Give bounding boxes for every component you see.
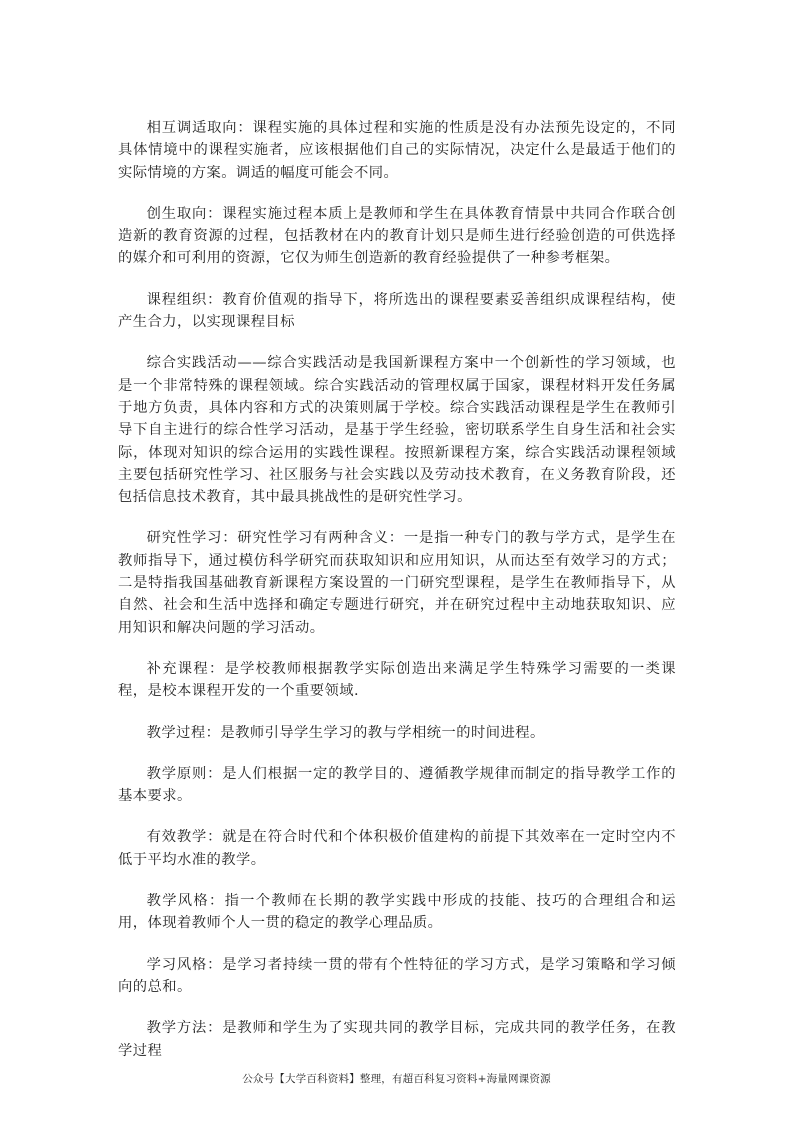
paragraph-teaching-process: 教学过程：是教师引导学生学习的教与学相统一的时间进程。 (118, 722, 676, 744)
paragraph-teaching-style: 教学风格：指一个教师在长期的教学实践中形成的技能、技巧的合理组合和运用，体现着教… (118, 890, 676, 935)
paragraph-teaching-methods: 教学方法：是教师和学生为了实现共同的教学目标，完成共同的教学任务，在教学过程 (118, 1017, 676, 1062)
paragraph-mutual-adaptation: 相互调适取向：课程实施的具体过程和实施的性质是没有办法预先设定的，不同具体情境中… (118, 117, 676, 184)
document-body: 相互调适取向：课程实施的具体过程和实施的性质是没有办法预先设定的，不同具体情境中… (118, 117, 676, 1081)
paragraph-effective-teaching: 有效教学：就是在符合时代和个体积极价值建构的前提下其效率在一定时空内不低于平均水… (118, 826, 676, 871)
paragraph-comprehensive-practice: 综合实践活动——综合实践活动是我国新课程方案中一个创新性的学习领域，也是一个非常… (118, 352, 676, 508)
page-footer: 公众号【大学百科资料】整理，有超百科复习资料+海量网课资源 (0, 1071, 793, 1086)
paragraph-teaching-principles: 教学原则：是人们根据一定的教学目的、遵循教学规律而制定的指导教学工作的基本要求。 (118, 763, 676, 808)
paragraph-research-learning: 研究性学习：研究性学习有两种含义：一是指一种专门的教与学方式，是学生在教师指导下… (118, 527, 676, 638)
paragraph-supplementary-curriculum: 补充课程：是学校教师根据教学实际创造出来满足学生特殊学习需要的一类课程，是校本课… (118, 658, 676, 703)
paragraph-enactment-orientation: 创生取向：课程实施过程本质上是教师和学生在具体教育情景中共同合作联合创造新的教育… (118, 203, 676, 270)
paragraph-curriculum-organization: 课程组织：教育价值观的指导下，将所选出的课程要素妥善组织成课程结构，使产生合力，… (118, 289, 676, 334)
paragraph-learning-style: 学习风格：是学习者持续一贯的带有个性特征的学习方式，是学习策略和学习倾向的总和。 (118, 954, 676, 999)
